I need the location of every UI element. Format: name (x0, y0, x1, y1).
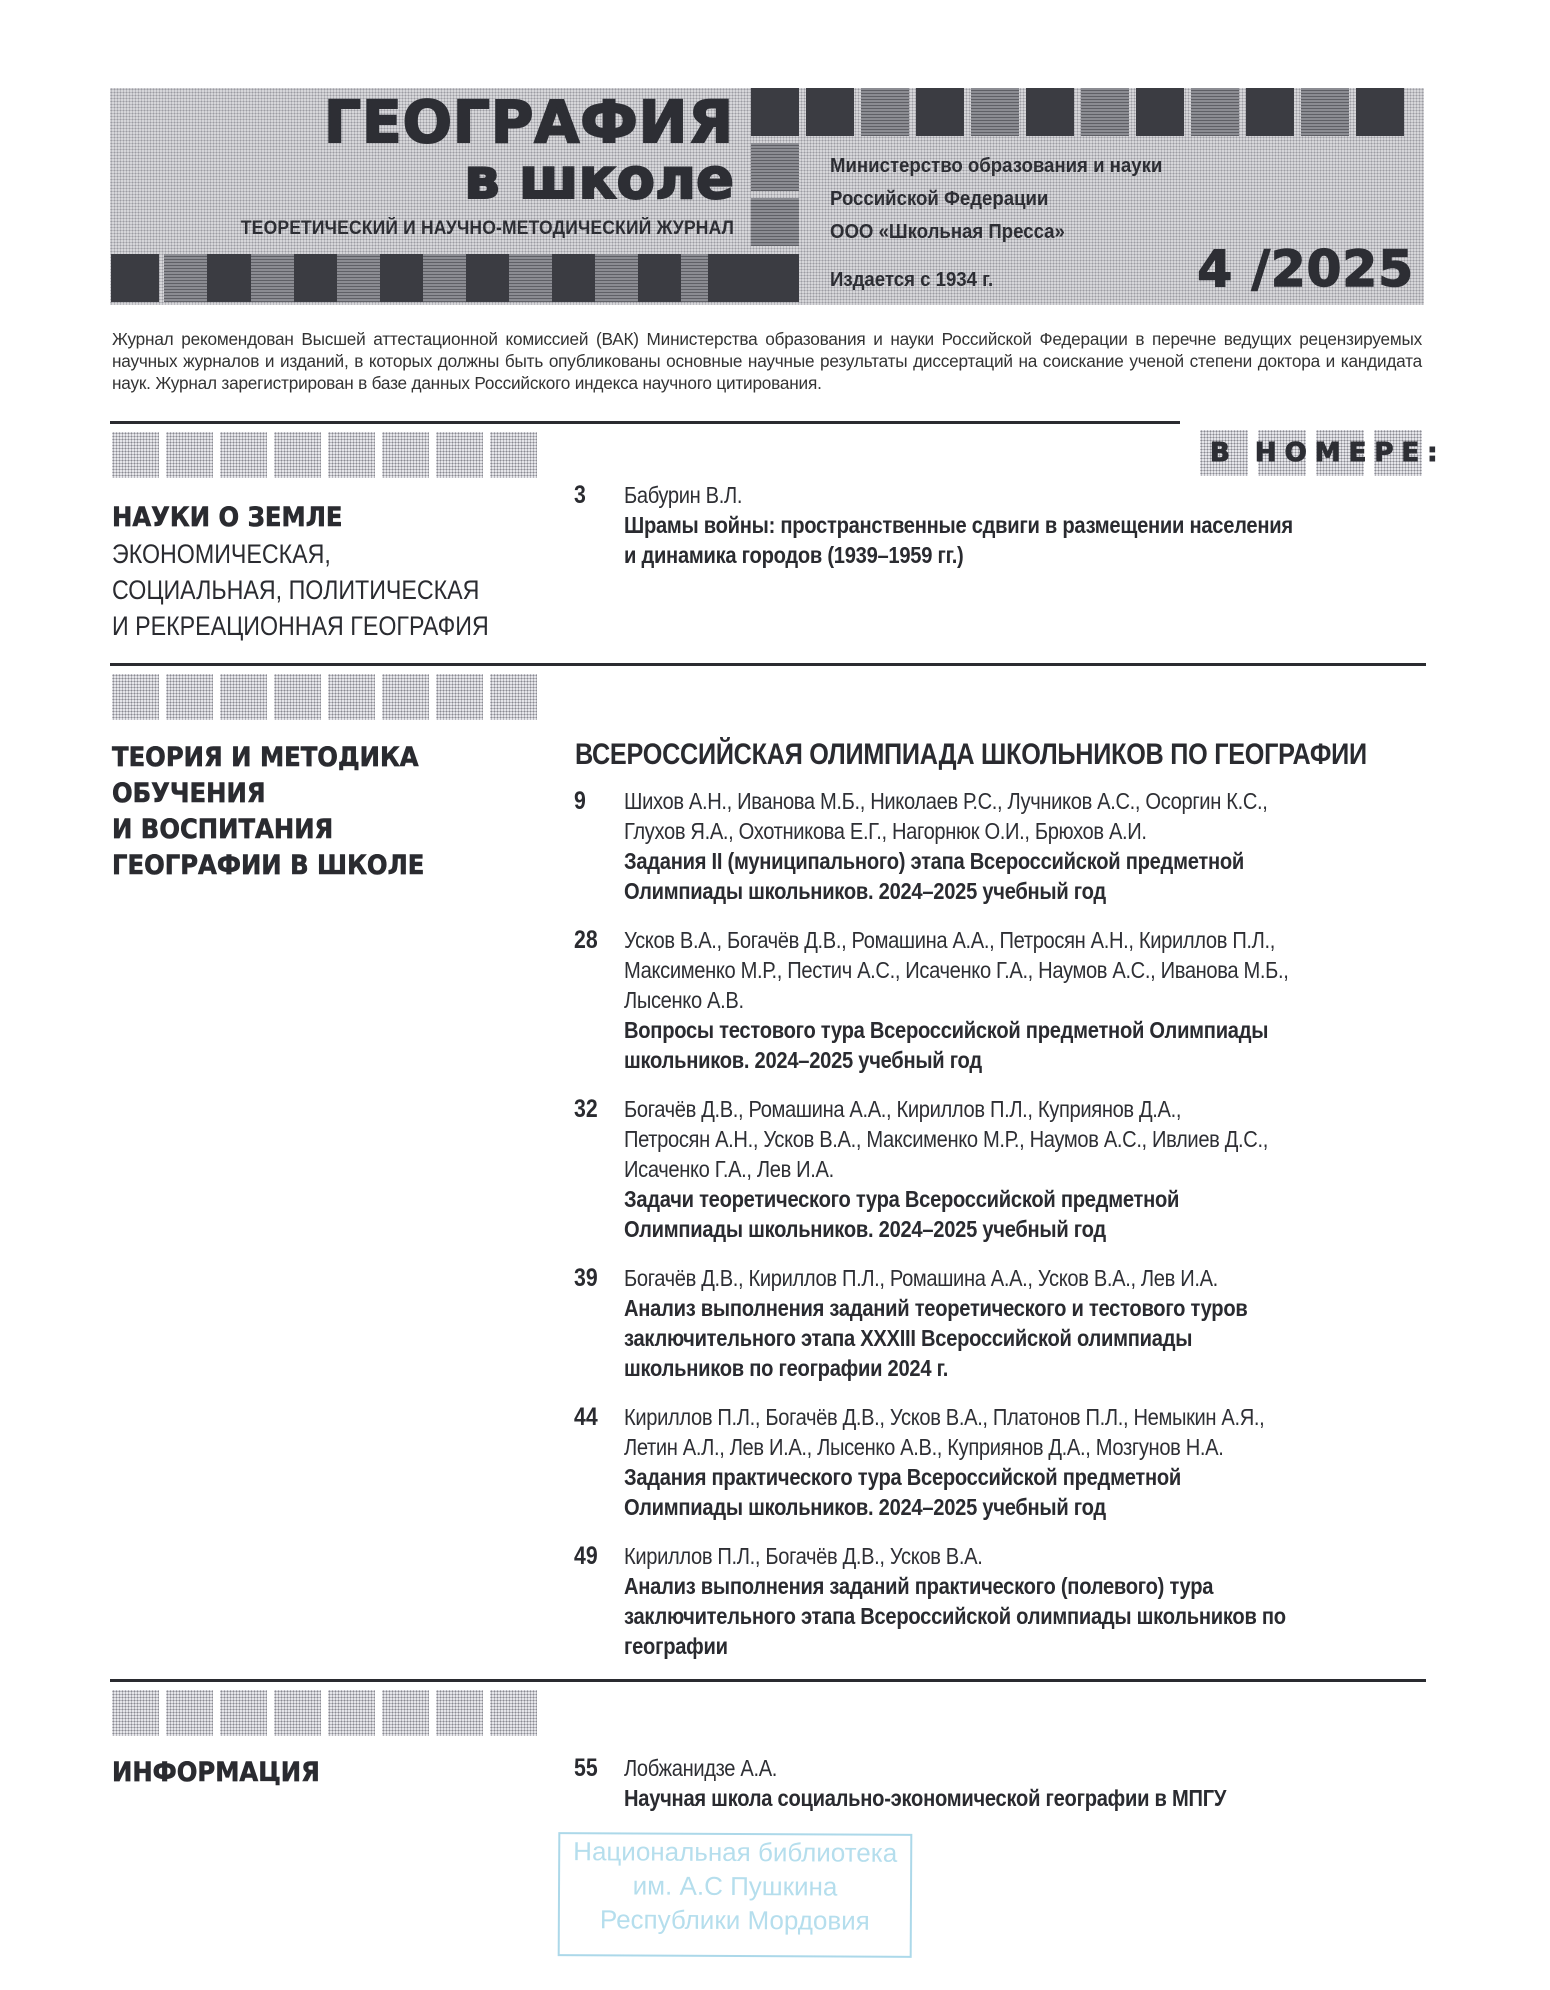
article-title: Шрамы войны: пространственные сдвиги в р… (624, 510, 1482, 540)
decor-square (1246, 88, 1294, 136)
vak-note: Журнал рекомендован Высшей аттестационно… (112, 328, 1422, 394)
section-subtitle: СОЦИАЛЬНАЯ, ПОЛИТИЧЕСКАЯ (112, 572, 479, 608)
page-number: 55 (574, 1753, 598, 1783)
journal-subtitle: ТЕОРЕТИЧЕСКИЙ И НАУЧНО-МЕТОДИЧЕСКИЙ ЖУРН… (241, 218, 734, 240)
article-title: заключительного этапа Всероссийской олим… (624, 1601, 1482, 1631)
decor-dots (112, 1690, 537, 1736)
decor-square (337, 254, 385, 302)
decor-square (251, 254, 299, 302)
page-number: 44 (574, 1402, 598, 1432)
authors: Бабурин В.Л. (624, 480, 1482, 510)
library-stamp: Национальная библиотека им. А.С Пушкина … (558, 1832, 913, 1958)
decor-square (423, 254, 471, 302)
section-title: ГЕОГРАФИИ В ШКОЛЕ (112, 848, 424, 884)
stamp-line: им. А.С Пушкина (560, 1868, 910, 1904)
authors: Лысенко А.В. (624, 985, 1482, 1015)
decor-square (1301, 88, 1349, 136)
section-divider (110, 663, 1426, 666)
decor-square (638, 254, 686, 302)
article-title: школьников по географии 2024 г. (624, 1353, 1482, 1383)
authors: Петросян А.Н., Усков В.А., Максименко М.… (624, 1124, 1482, 1154)
article-title: Олимпиады школьников. 2024–2025 учебный … (624, 876, 1482, 906)
decor-square (751, 198, 799, 246)
decor-square (861, 88, 909, 136)
decor-square (595, 254, 643, 302)
decor-square (1026, 88, 1074, 136)
decor-square (1081, 88, 1129, 136)
stamp-line: Республики Мордовия (560, 1902, 910, 1938)
decor-square (164, 254, 212, 302)
page-number: 32 (574, 1094, 598, 1124)
authors: Летин А.Л., Лев И.А., Лысенко А.В., Купр… (624, 1432, 1482, 1462)
section-title: НАУКИ О ЗЕМЛЕ (112, 500, 342, 536)
masthead: ГЕОГРАФИЯ в школе ТЕОРЕТИЧЕСКИЙ И НАУЧНО… (110, 88, 1424, 305)
publisher-info: Министерство образования и науки Российс… (830, 150, 1162, 249)
article-title: Анализ выполнения заданий теоретического… (624, 1293, 1482, 1323)
decor-square (751, 254, 799, 302)
article-title: Научная школа социально-экономической ге… (624, 1783, 1482, 1813)
authors: Максименко М.Р., Пестич А.С., Исаченко Г… (624, 955, 1482, 985)
decor-square (751, 88, 799, 136)
decor-square (380, 254, 428, 302)
publisher-line: Российской Федерации (830, 183, 1162, 216)
issue-number: 4 /2025 (1197, 240, 1414, 298)
article-title: и динамика городов (1939–1959 гг.) (624, 540, 1482, 570)
article-title: Олимпиады школьников. 2024–2025 учебный … (624, 1214, 1482, 1244)
published-since: Издается с 1934 г. (830, 269, 993, 292)
authors: Усков В.А., Богачёв Д.В., Ромашина А.А.,… (624, 925, 1482, 955)
article-title: Олимпиады школьников. 2024–2025 учебный … (624, 1492, 1482, 1522)
article-title: школьников. 2024–2025 учебный год (624, 1045, 1482, 1075)
page-number: 39 (574, 1263, 598, 1293)
authors: Богачёв Д.В., Кириллов П.Л., Ромашина А.… (624, 1263, 1482, 1293)
article-title: Анализ выполнения заданий практического … (624, 1571, 1482, 1601)
article-title: заключительного этапа XXXIII Всероссийск… (624, 1323, 1482, 1353)
publisher-line: ООО «Школьная Пресса» (830, 216, 1162, 249)
decor-square (751, 143, 799, 191)
section-title: ИНФОРМАЦИЯ (112, 1755, 320, 1791)
decor-square (971, 88, 1019, 136)
publisher-line: Министерство образования и науки (830, 150, 1162, 183)
authors: Богачёв Д.В., Ромашина А.А., Кириллов П.… (624, 1094, 1482, 1124)
article-title: Задачи теоретического тура Всероссийской… (624, 1184, 1482, 1214)
decor-dots (112, 432, 537, 478)
decor-square (708, 254, 756, 302)
page-number: 9 (574, 786, 586, 816)
article-title: Задания практического тура Всероссийской… (624, 1462, 1482, 1492)
page-number: 49 (574, 1541, 598, 1571)
decor-square (916, 88, 964, 136)
decor-square (509, 254, 557, 302)
section-title: И ВОСПИТАНИЯ (112, 812, 333, 848)
section-divider (110, 421, 1180, 424)
decor-square (1191, 88, 1239, 136)
article-title: географии (624, 1631, 1482, 1661)
decor-square (1136, 88, 1184, 136)
page-number: 3 (574, 480, 586, 510)
article-title: Вопросы тестового тура Всероссийской пре… (624, 1015, 1482, 1045)
journal-title: ГЕОГРАФИЯ (324, 90, 734, 154)
section-title: ТЕОРИЯ И МЕТОДИКА (112, 740, 419, 776)
stamp-line: Национальная библиотека (560, 1834, 910, 1870)
decor-dots (112, 674, 537, 720)
decor-square (552, 254, 600, 302)
decor-square (1356, 88, 1404, 136)
authors: Лобжанидзе А.А. (624, 1753, 1482, 1783)
rubric-title: ВСЕРОССИЙСКАЯ ОЛИМПИАДА ШКОЛЬНИКОВ ПО ГЕ… (575, 738, 1367, 772)
article-title: Задания II (муниципального) этапа Всерос… (624, 846, 1482, 876)
decor-square (207, 254, 255, 302)
section-divider (110, 1679, 1426, 1682)
section-subtitle: ЭКОНОМИЧЕСКАЯ, (112, 536, 331, 572)
decor-square (806, 88, 854, 136)
section-title: ОБУЧЕНИЯ (112, 776, 266, 812)
authors: Кириллов П.Л., Богачёв Д.В., Усков В.А. (624, 1541, 1482, 1571)
journal-title-line2: в школе (464, 150, 734, 210)
decor-square (466, 254, 514, 302)
contents-label: В НОМЕРЕ: (1210, 430, 1446, 476)
authors: Глухов Я.А., Охотникова Е.Г., Нагорнюк О… (624, 816, 1482, 846)
decor-square (111, 254, 159, 302)
authors: Шихов А.Н., Иванова М.Б., Николаев Р.С.,… (624, 786, 1482, 816)
authors: Исаченко Г.А., Лев И.А. (624, 1154, 1482, 1184)
section-subtitle: И РЕКРЕАЦИОННАЯ ГЕОГРАФИЯ (112, 608, 489, 644)
page-number: 28 (574, 925, 598, 955)
decor-square (294, 254, 342, 302)
authors: Кириллов П.Л., Богачёв Д.В., Усков В.А.,… (624, 1402, 1482, 1432)
